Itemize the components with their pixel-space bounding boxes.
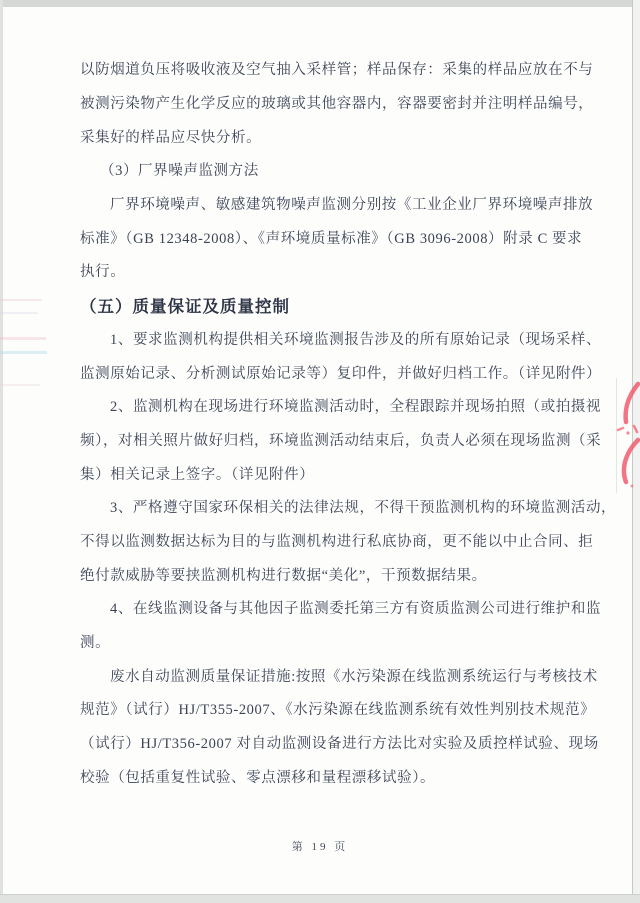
scan-edge-top [0,0,640,7]
text-line: 以防烟道负压将吸收液及空气抽入采样管；样品保存：采集的样品应放在不与 [80,52,614,86]
scanner-streak [0,312,38,314]
text-line: 校验（包括重复性试验、零点漂移和量程漂移试验）。 [80,759,614,793]
text-line: 采集好的样品应尽快分析。 [80,119,614,153]
text-line: （试行）HJ/T356-2007 对自动监测设备进行方法比对实验及质控样试验、现… [80,726,614,760]
text-line: 集）相关记录上签字。（详见附件） [80,456,614,490]
text-line: 被测污染物产生化学反应的玻璃或其他容器内，容器要密封并注明样品编号， [80,86,614,120]
section-heading: （五）质量保证及质量控制 [80,288,614,322]
text-line: 绝付款威胁等要挟监测机构进行数据“美化”，干预数据结果。 [80,557,614,591]
text-line: 监测原始记录、分析测试原始记录等）复印件，并做好归档工作。（详见附件） [80,355,614,389]
text-line: 频），对相关照片做好归档，环境监测活动结束后，负责人必须在现场监测（采 [80,423,614,457]
scanner-streak [0,337,46,340]
scanner-streak [0,384,40,386]
document-body: 以防烟道负压将吸收液及空气抽入采样管；样品保存：采集的样品应放在不与 被测污染物… [80,52,614,793]
text-line: 2、监测机构在现场进行环境监测活动时，全程跟踪并现场拍照（或拍摄视 [80,389,614,423]
scanned-document-page: 以防烟道负压将吸收液及空气抽入采样管；样品保存：采集的样品应放在不与 被测污染物… [0,0,640,903]
text-line: 标准》（GB 12348-2008）、《声环境质量标准》（GB 3096-200… [80,220,614,254]
text-line: 执行。 [80,254,614,288]
scanner-streak [0,351,47,354]
text-line: 3、严格遵守国家环保相关的法律法规，不得干预监测机构的环境监测活动， [80,490,614,524]
text-line: 4、在线监测设备与其他因子监测委托第三方有资质监测公司进行维护和监 [80,591,614,625]
text-line: 1、要求监测机构提供相关环境监测报告涉及的所有原始记录（现场采样、 [80,322,614,356]
text-line: 规范》（试行）HJ/T355-2007、《水污染源在线监测系统有效性判别技术规范… [80,692,614,726]
scan-edge-bottom [0,895,640,903]
text-line: 厂界环境噪声、敏感建筑物噪声监测分别按《工业企业厂界环境噪声排放 [80,187,614,221]
text-line: 测。 [80,625,614,659]
scan-edge-left [0,0,3,903]
subsection-title: （3）厂界噪声监测方法 [80,153,614,187]
text-line: 废水自动监测质量保证措施:按照《水污染源在线监测系统运行与考核技术 [80,658,614,692]
page-number: 第 19 页 [0,838,640,854]
text-line: 不得以监测数据达标为目的与监测机构进行私底协商，更不能以中止合同、拒 [80,524,614,558]
scanner-streak [0,299,42,301]
